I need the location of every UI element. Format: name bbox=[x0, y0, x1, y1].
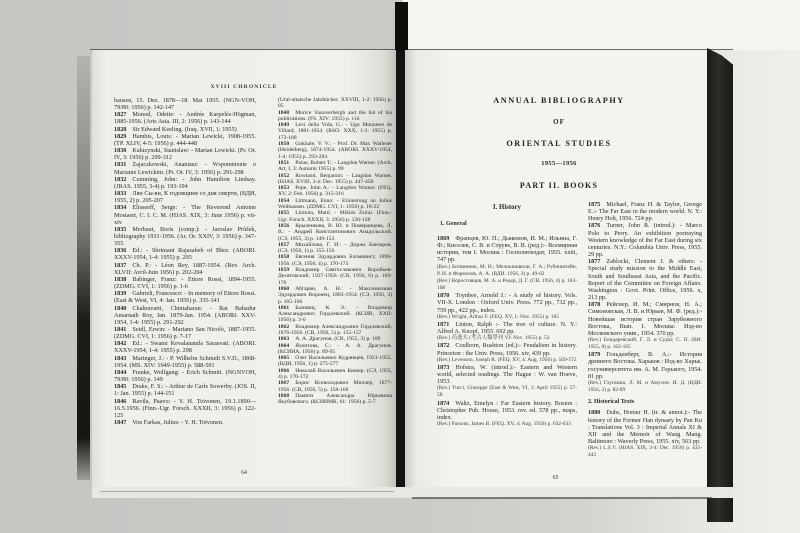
bibliography-entry: 1860Абгарян, А. Н.: - Максимилиан Эдуард… bbox=[278, 286, 392, 305]
entry-text: Ravila, Paavo: - Y. H. Toivonen, 19.1.18… bbox=[114, 398, 256, 419]
bibliography-entry: 1864Яхонтова, С.: - А. А. Драгунов. (КСИ… bbox=[278, 343, 392, 356]
entry-text: Gabrieli, Francesco: - In memory of Etto… bbox=[114, 290, 256, 304]
entry-number: 1870 bbox=[437, 292, 455, 299]
entry-text: Babinger, Franz: - Ettore Rossi, 1894-19… bbox=[114, 276, 256, 290]
entry-text: Paine, Robert T.: - Langdon Warner. (Arc… bbox=[278, 160, 392, 172]
subsection-heading: 1. General bbox=[440, 221, 580, 227]
bibliography-entry: 1846Ravila, Paavo: - Y. H. Toivonen, 19.… bbox=[114, 398, 256, 419]
bibliography-entry: 1876Turner, John R. (introd.): - Marco P… bbox=[588, 222, 702, 258]
entry-text: Абгарян, А. Н.: - Максимилиан Эдуардович… bbox=[278, 286, 392, 305]
right-page-title: ANNUAL BIBLIOGRAPHY OF ORIENTAL STUDIES … bbox=[434, 96, 684, 190]
entry-number: 1837 bbox=[114, 262, 132, 269]
bibliography-entry: 1866Николай Васильевич Кюнер. (СЭ, 1955,… bbox=[278, 368, 392, 381]
entry-number: 1847 bbox=[114, 419, 132, 426]
entry-text: Яхонтова, С.: - А. А. Драгунов. (КСИНА, … bbox=[278, 343, 392, 355]
bibliography-entry: 1839Gabrieli, Francesco: - In memory of … bbox=[114, 290, 256, 304]
entry-text: Владимир Святославович Воробьев-Десятовс… bbox=[278, 267, 392, 286]
bibliography-entry: (Rev.) Wright, Arthur F. (FEQ. XV, 1: No… bbox=[437, 314, 577, 321]
bibliography-entry: (Rev.) L.S.Y. (HJAS. XIX, 3-4: Dec. 1956… bbox=[588, 445, 702, 459]
entry-number: 1855 bbox=[278, 210, 295, 216]
entry-number: 1875 bbox=[588, 201, 606, 208]
bibliography-entry: 1851Paine, Robert T.: - Langdon Warner. … bbox=[278, 160, 392, 173]
entry-text: Michael, Franz H. & Taylor, George E.:- … bbox=[588, 201, 702, 222]
entry-text: Ed.: - Swami Kevalananda Sarasvati. (ABO… bbox=[114, 340, 256, 354]
entry-number: 1829 bbox=[114, 133, 132, 140]
bibliography-entry: (Rev.) Ботвинник, М. Н.; Меликишвили, Г.… bbox=[437, 264, 577, 278]
bibliography-entry: 1877Zablocki, Clement J. & others: - Spe… bbox=[588, 258, 702, 301]
bibliography-entry: 1845Drake, F. S.: - Arthur de Carle Sowe… bbox=[114, 383, 256, 397]
bibliography-entry: 1854Littmann, Enno: - Erinnerung an Juli… bbox=[278, 198, 392, 211]
bibliography-entry: 1872Coulborn, Rushton (ed.):- Feudalism … bbox=[437, 342, 577, 356]
bibliography-entry: (Rev.) Tucci, Giuseppe (East & West, VI,… bbox=[437, 385, 577, 399]
entry-text: Liimola, Matti: - Miklós Zsirai. (Finn.-… bbox=[278, 210, 392, 222]
entry-text: Крыленкова, В. Ю. и Померанцева, Л. В.: … bbox=[278, 223, 392, 242]
bibliography-entry: 1835Merhaut, Boris (comp.): - Jaroslav P… bbox=[114, 226, 256, 247]
entry-number: 1864 bbox=[278, 343, 295, 349]
entry-text: А. А. Драгунов. (СВ, 1955, 3) p. 189 bbox=[295, 336, 380, 342]
entry-text: Waltz, Emelyn : Far Eastern history. Bos… bbox=[437, 400, 577, 421]
entry-text: Drake, F. S.: - Arthur de Carle Sowerby.… bbox=[114, 383, 256, 397]
entry-number: 1844 bbox=[114, 369, 132, 376]
entry-text: (Rev.) Бондаревский, Г. Л. и Сурат, С. П… bbox=[588, 337, 702, 350]
entry-number: 1869 bbox=[437, 235, 455, 242]
entry-text: (Rev.) Глускина, Л. М. и Амусин, И. Д. (… bbox=[588, 380, 702, 393]
bibliography-entry: 1878Рейснер, И. М.; Смирнов, Н. А.; Симо… bbox=[588, 301, 702, 337]
bibliography-entry: 1852Rowland, Benjamin: - Langdon Warner.… bbox=[278, 173, 392, 186]
bibliography-entry: 1837Ch. P.: - Léon Rey, 1887-1954. (Rev.… bbox=[114, 262, 256, 276]
entry-text: Chakravarti, Chintaharan: - Rai Bahadur … bbox=[114, 305, 256, 326]
bibliography-entry: 1850Gokhale, V. V.: - Prof. Dr. Max Wall… bbox=[278, 141, 392, 160]
entry-text: Levi della Vida, G.: - Ugo Monneret de V… bbox=[278, 122, 392, 141]
entry-number: 1877 bbox=[588, 258, 606, 265]
entry-number: 1828 bbox=[114, 126, 132, 133]
bibliography-entry: 1847Von Farkas, Julius: - Y. H. Toivonen… bbox=[114, 419, 256, 426]
bibliography-entry: (Rev.) Бондаревский, Г. Л. и Сурат, С. П… bbox=[588, 337, 702, 351]
entry-text: 2. Historical Texts bbox=[588, 399, 634, 405]
entry-text: Базиянц, К. Э.: - Владимир Александрович… bbox=[278, 305, 392, 324]
bibliography-entry: 1868Памяти Александра Юрьевича Якубовско… bbox=[278, 393, 392, 406]
entry-number: 1874 bbox=[437, 400, 455, 407]
bibliography-entry: 1880Dubs, Homer H. (tr. & annot.):- The … bbox=[588, 409, 702, 445]
entry-number: 1832 bbox=[114, 176, 132, 183]
bibliography-entry: 1829Hambis, Louis: - Marian Lewicki, 190… bbox=[114, 133, 256, 147]
entry-text: Михайлова, Г. И.: - Доржа Банзаров. (СЭ,… bbox=[278, 242, 392, 254]
entry-text: Гольденберг, В. А.:- История древнего Во… bbox=[588, 351, 702, 379]
left-page-number: 64 bbox=[92, 470, 396, 476]
left-page-header: XVIII CHRONICLE bbox=[92, 84, 396, 90]
bibliography-entry: (Rev.) 芮逸夫 (考古人類學刊 VI: Nov. 1955) p. 53 bbox=[437, 335, 577, 342]
entry-text: Hofstra, W. (introd.):- Eastern and West… bbox=[437, 364, 577, 385]
bibliography-entry: 1827Monod, Odette: - Andrée Karpelès-Hög… bbox=[114, 111, 256, 125]
bibliography-entry: 1856Крыленкова, В. Ю. и Померанцева, Л. … bbox=[278, 223, 392, 242]
entry-number: 1848 bbox=[278, 110, 295, 116]
entry-text: Kaluzynski, Stanislaw: - Marian Lewicki.… bbox=[114, 147, 256, 161]
entry-text: Gokhale, V. V.: - Prof. Dr. Max Walleser… bbox=[278, 141, 392, 160]
scanned-book-spread: XVIII CHRONICLE hausen, 15. Dez. 1878—18… bbox=[0, 0, 800, 533]
entry-number: 1831 bbox=[114, 161, 132, 168]
entry-text: Евгения Эдуардовна Бломквист, 1890-1956.… bbox=[278, 254, 392, 266]
entry-text: Linton, Ralph :- The tree of culture. N.… bbox=[437, 321, 577, 335]
entry-number: 1858 bbox=[278, 254, 295, 260]
entry-number: 1878 bbox=[588, 301, 606, 308]
section-heading: I. History bbox=[437, 204, 577, 211]
bibliography-entry: 1831Zajaczkowski, Ananiasz: - Wspomnieni… bbox=[114, 161, 256, 175]
left-page-edge-shadow bbox=[77, 56, 90, 480]
entry-text: Monod, Odette: - Andrée Karpelès-Högman,… bbox=[114, 111, 256, 125]
bibliography-entry: 1832Cumming, John: - John Hamilton Linds… bbox=[114, 176, 256, 190]
entry-text: (Rev.) Wright, Arthur F. (FEQ. XV, 1: No… bbox=[437, 314, 559, 320]
entry-text: (Rev.) 芮逸夫 (考古人類學刊 VI: Nov. 1955) p. 53 bbox=[437, 335, 550, 341]
entry-number: 1862 bbox=[278, 324, 295, 330]
entry-text: Pope, John A.: - Langdon Warner. (FEQ. X… bbox=[278, 185, 392, 197]
bibliography-entry: 1836Ed.: - Shrimant Rajasaheb of Bhor. (… bbox=[114, 247, 256, 261]
bibliography-entry: 1859Владимир Святославович Воробьев-Деся… bbox=[278, 267, 392, 286]
bibliography-entry: 1862Владимир Александрович Гордлевский, … bbox=[278, 324, 392, 337]
bibliography-entry: (Rev.) Глускина, Л. М. и Амусин, И. Д. (… bbox=[588, 380, 702, 394]
bibliography-entry: 1838Babinger, Franz: - Ettore Rossi, 189… bbox=[114, 276, 256, 290]
bibliography-entry: 1867Борис Всеволодович Миллер, 1877-1956… bbox=[278, 380, 392, 393]
bibliography-entry: 1841Seidl, Erwin: - Mariano San Nicolò, … bbox=[114, 326, 256, 340]
entry-number: 1860 bbox=[278, 286, 295, 292]
entry-number: 1838 bbox=[114, 276, 132, 283]
entry-text: (Rev.) Parsons, James B. (FEQ. XV, 4: Au… bbox=[437, 421, 571, 427]
bibliography-entry: (Ural-altaische Jahrbücher. XXVIII, 1-2:… bbox=[278, 97, 392, 110]
entry-text: Littmann, Enno: - Erinnerung an Julius W… bbox=[278, 198, 392, 210]
bibliography-entry: 1830Kaluzynski, Stanislaw: - Marian Lewi… bbox=[114, 147, 256, 161]
entry-number: 1871 bbox=[437, 321, 455, 328]
entry-text: Sir Edward Keeling. (Iraq. XVII, 1: 1955… bbox=[132, 126, 236, 133]
bibliography-entry: 2. Historical Texts bbox=[588, 399, 702, 406]
bibliography-entry: 1871Linton, Ralph :- The tree of culture… bbox=[437, 321, 577, 335]
entry-text: Coulborn, Rushton (ed.):- Feudalism in h… bbox=[437, 342, 577, 356]
entry-text: Morice Vanoverbergh and the list of his … bbox=[278, 110, 392, 122]
entry-text: Rowland, Benjamin: - Langdon Warner. (HJ… bbox=[278, 173, 392, 185]
bibliography-entry: (Rev.) Parsons, James B. (FEQ. XV, 4: Au… bbox=[437, 421, 577, 428]
right-column-2: 1875Michael, Franz H. & Taylor, George E… bbox=[588, 201, 702, 485]
book-fore-edge-bar bbox=[707, 48, 733, 522]
left-page-bottom-edge-line bbox=[100, 491, 394, 492]
entry-number: 1830 bbox=[114, 147, 132, 154]
title-line-5: PART II. BOOKS bbox=[434, 181, 684, 190]
bibliography-entry: hausen, 15. Dez. 1878—18. Mai 1955. (NGN… bbox=[114, 97, 256, 111]
right-page-bottom-edge-line bbox=[412, 497, 712, 499]
entry-text: Zajaczkowski, Ananiasz: - Wspomnienie o … bbox=[114, 161, 256, 175]
title-line-1: ANNUAL BIBLIOGRAPHY bbox=[434, 96, 684, 105]
bibliography-entry: 1865Олег Васильевич Кудрявцев, 1921-1955… bbox=[278, 355, 392, 368]
entry-number: 1836 bbox=[114, 247, 132, 254]
entry-number: 1846 bbox=[114, 398, 132, 405]
entry-text: Turner, John R. (introd.): - Marco Polo … bbox=[588, 222, 702, 258]
bibliography-entry: 1861Базиянц, К. Э.: - Владимир Александр… bbox=[278, 305, 392, 324]
entry-text: Toynbee, Arnold J.: - A study of history… bbox=[437, 292, 577, 313]
entry-text: (Rev.) Ботвинник, М. Н.; Меликишвили, Г.… bbox=[437, 264, 577, 277]
bibliography-entry: 1833Лян Сы-ян, К годовщине со дня смерти… bbox=[114, 190, 256, 204]
entry-text: Von Farkas, Julius: - Y. H. Toivonen. bbox=[132, 419, 223, 426]
entry-text: Cumming, John: - John Hamilton Lindsay. … bbox=[114, 176, 256, 190]
bibliography-entry: 1848Morice Vanoverbergh and the list of … bbox=[278, 110, 392, 123]
bibliography-entry: 1869Францев, Ю. П.; Дьяконов, И. М.; Иль… bbox=[437, 235, 577, 264]
entry-number: 1843 bbox=[114, 355, 132, 362]
entry-number: 1879 bbox=[588, 351, 606, 358]
entry-text: Лян Сы-ян, К годовщине со дня смерти, (В… bbox=[114, 190, 256, 204]
entry-text: Zablocki, Clement J. & others: - Special… bbox=[588, 258, 702, 301]
entry-number: 1863 bbox=[278, 336, 295, 342]
entry-number: 1827 bbox=[114, 111, 132, 118]
bibliography-entry: 1849Levi della Vida, G.: - Ugo Monneret … bbox=[278, 122, 392, 141]
entry-text: (Rev.) Tucci, Giuseppe (East & West, VI,… bbox=[437, 385, 577, 398]
entry-text: Seidl, Erwin: - Mariano San Nicolò, 1887… bbox=[114, 326, 256, 340]
entry-text: Elisseeff, Serge: - The Reverend Antoine… bbox=[114, 204, 256, 225]
entry-number: 1866 bbox=[278, 368, 295, 374]
bibliography-entry: 1844Franke, Wolfgang: - Erich Schmitt. (… bbox=[114, 369, 256, 383]
bibliography-entry: 1853Pope, John A.: - Langdon Warner. (FE… bbox=[278, 185, 392, 198]
entry-text: Памяти Александра Юрьевича Якубовского. … bbox=[278, 393, 392, 405]
left-column-2: (Ural-altaische Jahrbücher. XXVIII, 1-2:… bbox=[278, 97, 392, 475]
entry-text: Рейснер, И. М.; Смирнов, Н. А.; Симоновс… bbox=[588, 301, 702, 337]
entry-number: 1861 bbox=[278, 305, 295, 311]
entry-text: Николай Васильевич Кюнер. (СЭ, 1955, 4) … bbox=[278, 368, 392, 380]
entry-text: Maringer, J.: - P. Wilhelm Schmidt S.V.D… bbox=[114, 355, 256, 369]
entry-number: 1852 bbox=[278, 173, 295, 179]
entry-number: 1857 bbox=[278, 242, 295, 248]
gutter-shadow-bar-top bbox=[395, 2, 408, 50]
entry-number: 1845 bbox=[114, 383, 132, 390]
entry-number: 1842 bbox=[114, 340, 132, 347]
entry-number: 1833 bbox=[114, 190, 132, 197]
bibliography-entry: 1874Waltz, Emelyn : Far Eastern history.… bbox=[437, 400, 577, 421]
title-line-4: 1955—1956 bbox=[434, 160, 684, 167]
entry-text: Францев, Ю. П.; Дьяконов, И. М.; Ильина,… bbox=[437, 235, 577, 263]
bibliography-entry: 1840Chakravarti, Chintaharan: - Rai Baha… bbox=[114, 305, 256, 326]
bibliography-entry: 1828Sir Edward Keeling. (Iraq. XVII, 1: … bbox=[114, 126, 256, 133]
bibliography-entry: 1857Михайлова, Г. И.: - Доржа Банзаров. … bbox=[278, 242, 392, 255]
entry-number: 1834 bbox=[114, 204, 132, 211]
entry-number: 1876 bbox=[588, 222, 606, 229]
top-white-strip bbox=[402, 0, 800, 50]
title-line-3: ORIENTAL STUDIES bbox=[434, 139, 684, 148]
entry-text: Ed.: - Shrimant Rajasaheb of Bhor. (ABOR… bbox=[114, 247, 256, 261]
right-page-number: 65 bbox=[404, 475, 707, 481]
entry-number: 1872 bbox=[437, 342, 455, 349]
entry-text: (Ural-altaische Jahrbücher. XXVIII, 1-2:… bbox=[278, 97, 392, 109]
entry-number: 1867 bbox=[278, 380, 295, 386]
bibliography-entry: (Rev.) Коростовцев, М. А. и Редер, Д. Г.… bbox=[437, 278, 577, 292]
title-line-2: OF bbox=[434, 118, 684, 126]
entry-text: Владимир Александрович Гордлевский, 1876… bbox=[278, 324, 392, 336]
entry-number: 1854 bbox=[278, 198, 295, 204]
left-column-1: hausen, 15. Dez. 1878—18. Mai 1955. (NGN… bbox=[114, 97, 256, 475]
bibliography-entry: 1855Liimola, Matti: - Miklós Zsirai. (Fi… bbox=[278, 210, 392, 223]
entry-text: Merhaut, Boris (comp.): - Jaroslav Průše… bbox=[114, 226, 256, 247]
bibliography-entry: 1843Maringer, J.: - P. Wilhelm Schmidt S… bbox=[114, 355, 256, 369]
bibliography-entry: (Rev.) Levenson, Joseph R. (FEQ. XV, 4: … bbox=[437, 357, 577, 364]
bibliography-entry: 1842Ed.: - Swami Kevalananda Sarasvati. … bbox=[114, 340, 256, 354]
entry-text: Hambis, Louis: - Marian Lewicki, 1908-19… bbox=[114, 133, 256, 147]
bibliography-entry: 1873Hofstra, W. (introd.):- Eastern and … bbox=[437, 364, 577, 385]
gutter-shadow-bar bbox=[396, 2, 405, 487]
entry-text: Dubs, Homer H. (tr. & annot.):- The hist… bbox=[588, 409, 702, 445]
entry-text: (Rev.) L.S.Y. (HJAS. XIX, 3-4: Dec. 1956… bbox=[588, 445, 702, 458]
entry-text: Олег Васильевич Кудрявцев, 1921-1955. (В… bbox=[278, 355, 392, 367]
entry-text: hausen, 15. Dez. 1878—18. Mai 1955. (NGN… bbox=[114, 97, 256, 111]
entry-number: 1840 bbox=[114, 305, 132, 312]
bibliography-entry: 1879Гольденберг, В. А.:- История древнег… bbox=[588, 351, 702, 380]
entry-text: Ch. P.: - Léon Rey, 1887-1954. (Rev. Arc… bbox=[114, 262, 256, 276]
entry-number: 1873 bbox=[437, 364, 455, 371]
entry-number: 1835 bbox=[114, 226, 132, 233]
entry-text: (Rev.) Коростовцев, М. А. и Редер, Д. Г.… bbox=[437, 278, 577, 291]
entry-text: Борис Всеволодович Миллер, 1877-1956. (С… bbox=[278, 380, 392, 392]
entry-text: Franke, Wolfgang: - Erich Schmitt. (NGNV… bbox=[114, 369, 256, 383]
bibliography-entry: 1858Евгения Эдуардовна Бломквист, 1890-1… bbox=[278, 254, 392, 267]
bibliography-entry: 1870Toynbee, Arnold J.: - A study of his… bbox=[437, 292, 577, 313]
entry-number: 1880 bbox=[588, 409, 606, 416]
right-column-1: 1869Францев, Ю. П.; Дьяконов, И. М.; Иль… bbox=[437, 235, 577, 483]
bibliography-entry: 1834Elisseeff, Serge: - The Reverend Ant… bbox=[114, 204, 256, 225]
entry-text: (Rev.) Levenson, Joseph R. (FEQ. XV, 4: … bbox=[437, 357, 577, 363]
entry-number: 1841 bbox=[114, 326, 132, 333]
bibliography-entry: 1875Michael, Franz H. & Taylor, George E… bbox=[588, 201, 702, 222]
entry-number: 1839 bbox=[114, 290, 132, 297]
